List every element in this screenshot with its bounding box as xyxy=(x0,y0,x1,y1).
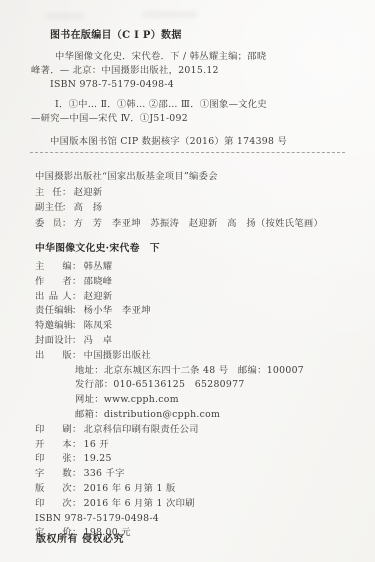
colophon-row-label: 特邀编辑 xyxy=(35,319,72,334)
colophon-row-isbn: ISBN 978-7-5179-0498-4 xyxy=(35,512,357,527)
colophon-row: 字数：336 千字 xyxy=(35,467,357,482)
colophon-row-value: 杨小华 李亚坤 xyxy=(84,305,151,316)
colophon-row: 开本：16 开 xyxy=(35,438,357,453)
colophon-row-value: 19.25 xyxy=(84,453,112,464)
colophon-row: 作者：邵晓峰 xyxy=(35,275,357,290)
colophon-rows: 主编：韩丛耀 作者：邵晓峰 出品人：赵迎新 责任编辑：杨小华 李亚坤 特邀编辑：… xyxy=(35,260,357,541)
colophon-row-value: 北京科信印刷有限责任公司 xyxy=(84,424,199,435)
colophon-row-label: 开本 xyxy=(35,438,72,453)
colon: ： xyxy=(104,379,114,390)
cip-classification-line-2: —研究—中国—宋代 Ⅳ．①J51-092 xyxy=(31,112,357,126)
colophon-row-value: 邵晓峰 xyxy=(84,276,113,287)
colon: ： xyxy=(94,409,104,420)
committee-row-value: 赵迎新 xyxy=(74,187,103,198)
committee-row: 副主任：高 扬 xyxy=(35,200,357,216)
colophon-row-label: 印张 xyxy=(35,452,72,467)
committee-row-value: 高 扬 xyxy=(74,202,103,213)
colon: ： xyxy=(72,320,82,331)
colophon-row-label: 出版 xyxy=(35,349,72,364)
colon: ： xyxy=(72,335,82,346)
colophon-row-value: 16 开 xyxy=(84,439,109,450)
colon: ： xyxy=(72,424,82,435)
colophon-row-label: 作者 xyxy=(35,275,72,290)
committee-block: 中国摄影出版社“国家出版基金项目”编委会 主任：赵迎新 副主任：高 扬 委员：方… xyxy=(35,169,357,231)
colophon-row-value: 2016 年 6 月第 1 版 xyxy=(84,483,176,494)
colophon-row-label: 字数 xyxy=(35,467,72,482)
colophon-row: 封面设计：冯 卓 xyxy=(35,334,357,349)
cip-title-line-1: 中华图像文化史．宋代卷．下 / 韩丛耀主编；邵晓 xyxy=(31,50,357,64)
colophon-row-label: 印刷 xyxy=(35,423,72,438)
colophon-row: 印张：19.25 xyxy=(35,452,357,467)
colophon-row-address: 地址：北京东城区东四十二条 48 号 邮编：100007 xyxy=(35,364,357,379)
colophon-block: 中华图像文化史·宋代卷 下 主编：韩丛耀 作者：邵晓峰 出品人：赵迎新 责任编辑… xyxy=(35,240,357,541)
colophon-row-value: 336 千字 xyxy=(84,468,125,479)
colophon-row: 印次：2016 年 6 月第 1 次印刷 xyxy=(35,497,357,512)
colon: ： xyxy=(72,453,82,464)
colophon-row-value: 冯 卓 xyxy=(84,335,113,346)
colon: ： xyxy=(72,483,82,494)
colophon-row: 印刷：北京科信印刷有限责任公司 xyxy=(35,423,357,438)
colophon-row-label: 邮箱 xyxy=(75,409,94,420)
committee-row-label: 主任 xyxy=(35,185,62,201)
committee-title: 中国摄影出版社“国家出版基金项目”编委会 xyxy=(35,169,357,185)
colophon-row-value: 北京东城区东四十二条 48 号 邮编：100007 xyxy=(104,365,304,376)
colophon-row-label: 主编 xyxy=(35,260,72,275)
colon: ： xyxy=(94,394,104,405)
colophon-row-value: 中国摄影出版社 xyxy=(84,350,151,361)
colophon-row: 责任编辑：杨小华 李亚坤 xyxy=(35,304,357,319)
committee-row-value: 方 芳 李亚坤 苏振涛 赵迎新 高 扬（按姓氏笔画） xyxy=(74,218,324,229)
colon: ： xyxy=(72,350,82,361)
colophon-row-label: 责任编辑 xyxy=(35,304,72,319)
colophon-row-label: 印次 xyxy=(35,497,72,512)
cip-header: 图书在版编目（C I P）数据 xyxy=(50,26,182,41)
colon: ： xyxy=(62,187,72,198)
colophon-row: 版次：2016 年 6 月第 1 版 xyxy=(35,482,357,497)
dashed-divider xyxy=(30,152,345,153)
colon: ： xyxy=(72,291,82,302)
colophon-row: 出品人：赵迎新 xyxy=(35,290,357,305)
colon: ： xyxy=(62,202,72,213)
cip-title-line-2: 峰著．— 北京：中国摄影出版社，2015.12 xyxy=(31,64,357,78)
colon: ： xyxy=(72,305,82,316)
email-address: distribution@cpph.com xyxy=(104,409,220,420)
cip-isbn-line: ISBN 978-7-5179-0498-4 xyxy=(31,78,357,92)
colophon-row-distribution: 发行部：010-65136125 65280977 xyxy=(35,378,357,393)
committee-row: 主任：赵迎新 xyxy=(35,185,357,201)
copyright-notice: 版权所有 侵权必究 xyxy=(36,530,124,545)
colophon-row: 特邀编辑：陈凤采 xyxy=(35,319,357,334)
colophon-row-label: 网址 xyxy=(75,394,94,405)
colophon-row-value: 010-65136125 65280977 xyxy=(113,379,244,390)
colophon-row-label: 出品人 xyxy=(35,290,72,305)
website-url: www.cpph.com xyxy=(104,394,179,405)
book-title: 中华图像文化史·宋代卷 下 xyxy=(35,240,357,254)
cip-classification-line-1: Ⅰ．①中… Ⅱ．①韩… ②邵… Ⅲ．①图象—文化史 xyxy=(31,98,357,112)
cip-record-number-line: 中国版本图书馆 CIP 数据核字（2016）第 174398 号 xyxy=(31,135,357,149)
colophon-row-email: 邮箱：distribution@cpph.com xyxy=(35,408,357,423)
committee-row: 委员：方 芳 李亚坤 苏振涛 赵迎新 高 扬（按姓氏笔画） xyxy=(35,216,357,232)
colophon-row-label: 封面设计 xyxy=(35,334,72,349)
colon: ： xyxy=(72,439,82,450)
colon: ： xyxy=(94,365,104,376)
colophon-row-value: 韩丛耀 xyxy=(84,261,113,272)
colophon-row-value: 赵迎新 xyxy=(84,291,113,302)
colon: ： xyxy=(72,261,82,272)
paper-smudge xyxy=(46,13,84,19)
colophon-row-value: 2016 年 6 月第 1 次印刷 xyxy=(84,498,195,509)
colophon-row: 出版：中国摄影出版社 xyxy=(35,349,357,364)
colophon-row-label: 地址 xyxy=(75,365,94,376)
committee-row-label: 副主任 xyxy=(35,200,62,216)
isbn-number: ISBN 978-7-5179-0498-4 xyxy=(35,513,159,524)
book-copyright-page: 图书在版编目（C I P）数据 中华图像文化史．宋代卷．下 / 韩丛耀主编；邵晓… xyxy=(0,0,375,562)
colophon-row-value: 陈凤采 xyxy=(84,320,113,331)
colophon-row: 主编：韩丛耀 xyxy=(35,260,357,275)
colon: ： xyxy=(72,468,82,479)
colophon-row-label: 发行部 xyxy=(75,379,104,390)
colophon-row-label: 版次 xyxy=(35,482,72,497)
colophon-row-website: 网址：www.cpph.com xyxy=(35,393,357,408)
colon: ： xyxy=(62,218,72,229)
colon: ： xyxy=(72,498,82,509)
cip-block: 中华图像文化史．宋代卷．下 / 韩丛耀主编；邵晓 峰著．— 北京：中国摄影出版社… xyxy=(31,50,357,149)
paper-smudge xyxy=(142,11,198,18)
committee-row-label: 委员 xyxy=(35,216,62,232)
colon: ： xyxy=(72,276,82,287)
